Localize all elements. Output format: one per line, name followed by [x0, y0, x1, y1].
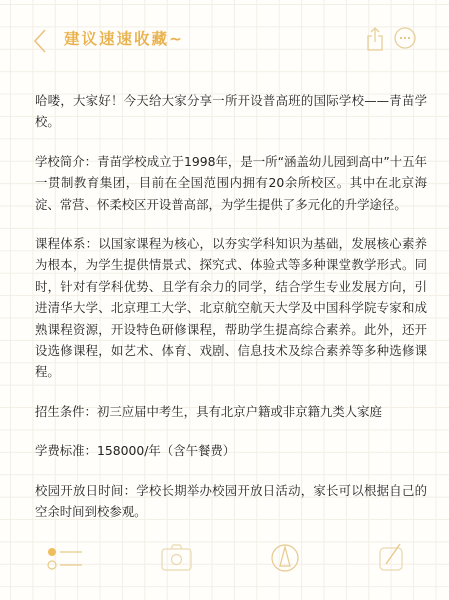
open-day-paragraph: 校园开放日时间：学校长期举办校园开放日活动，家长可以根据自己的空余时间到校参观。 [35, 480, 427, 523]
camera-button[interactable] [160, 540, 196, 576]
back-button[interactable] [32, 28, 50, 54]
bottom-toolbar [0, 540, 449, 580]
note-title: 建议速速收藏~ [64, 28, 184, 50]
note-body[interactable]: 哈喽，大家好！今天给大家分享一所开设普高班的国际学校——青苗学校。 学校简介：青… [35, 90, 427, 541]
share-button[interactable] [366, 26, 384, 52]
camera-icon [160, 540, 194, 576]
compose-icon [378, 540, 404, 576]
admission-paragraph: 招生条件：初三应届中考生，具有北京户籍或非京籍九类人家庭 [35, 401, 427, 422]
markup-icon [270, 540, 300, 576]
tuition-paragraph: 学费标准：158000/年（含午餐费） [35, 440, 427, 461]
compose-button[interactable] [378, 540, 414, 576]
curriculum-paragraph: 课程体系：以国家课程为核心，以夯实学科知识为基础，发展核心素养为根本，为学生提供… [35, 233, 427, 383]
more-button[interactable] [394, 27, 416, 49]
more-icon [394, 27, 416, 49]
checklist-icon [46, 540, 86, 576]
checklist-button[interactable] [46, 540, 82, 576]
school-intro-paragraph: 学校简介：青苗学校成立于1998年，是一所“涵盖幼儿园到高中”十五年一贯制教育集… [35, 151, 427, 215]
share-icon [366, 26, 384, 52]
intro-paragraph: 哈喽，大家好！今天给大家分享一所开设普高班的国际学校——青苗学校。 [35, 90, 427, 133]
navigation-bar: 建议速速收藏~ [0, 0, 449, 80]
markup-button[interactable] [270, 540, 306, 576]
chevron-left-icon [32, 28, 50, 54]
